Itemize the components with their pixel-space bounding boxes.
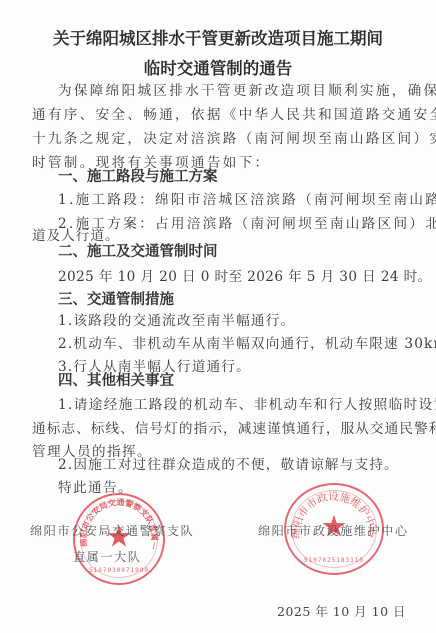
intro-line-1: 为保障绵阳城区排水干管更新改造项目顺利实施，确保道路交 [58, 82, 436, 100]
notice-document: 关于绵阳城区排水干管更新改造项目施工期间 临时交通管制的通告 为保障绵阳城区排水… [0, 0, 436, 633]
section-4-line-4: 2.因施工对过往群众造成的不便，敬请谅解与支持。 [58, 456, 399, 474]
signature-left-line2: 直属一大队 [73, 548, 141, 565]
seal-code: 5107025183110 [286, 557, 382, 564]
intro-line-3: 十九条之规定，决定对涪滨路（南河闸坝至南山路区间）实施交通临 [32, 130, 436, 148]
section-3-line-2: 2.机动车、非机动车从南半幅双向通行，机动车限速 30km/h。 [58, 335, 436, 353]
section-1-heading: 一、施工路段与施工方案 [58, 168, 218, 186]
section-4-heading: 四、其他相关事宜 [58, 372, 174, 390]
section-2-heading: 二、施工及交通管制时间 [58, 243, 218, 261]
signature-right-line1: 绵阳市市政设施维护中心 [258, 522, 409, 539]
document-date: 2025 年 10 月 10 日 [277, 602, 406, 620]
section-1-line-1: 1.施工路段：绵阳市涪城区涪滨路（南河闸坝至南山路区间） [58, 191, 436, 209]
document-title-line1: 关于绵阳城区排水干管更新改造项目施工期间 [0, 25, 436, 49]
document-title-line2: 临时交通管制的通告 [0, 55, 436, 79]
signature-left-line1: 绵阳市公安局交通警察支队 [30, 522, 194, 539]
section-4-line-2: 通标志、标线、信号灯的指示，减速谨慎通行，服从交通民警和现场 [32, 420, 436, 438]
police-official-seal: 绵阳市公安局交通警察支队直属一大队 ★ 5107030071990 [73, 493, 165, 585]
closing-text: 特此通告。 [58, 479, 133, 497]
section-3-line-1: 1.该路段的交通流改至南半幅通行。 [58, 312, 295, 330]
seal-arc-text: 绵阳市公安局交通警察支队直属一大队 [75, 495, 163, 583]
seal-code: 5107030071990 [75, 567, 163, 574]
section-3-heading: 三、交通管制措施 [58, 291, 174, 309]
section-2-line-1: 2025 年 10 月 20 日 0 时至 2026 年 5 月 30 日 24… [58, 268, 432, 286]
section-4-line-1: 1.请途经施工路段的机动车、非机动车和行人按照临时设置的交 [58, 396, 436, 414]
intro-line-2: 通有序、安全、畅通，依据《中华人民共和国道路交通安全法》第三 [32, 106, 436, 124]
